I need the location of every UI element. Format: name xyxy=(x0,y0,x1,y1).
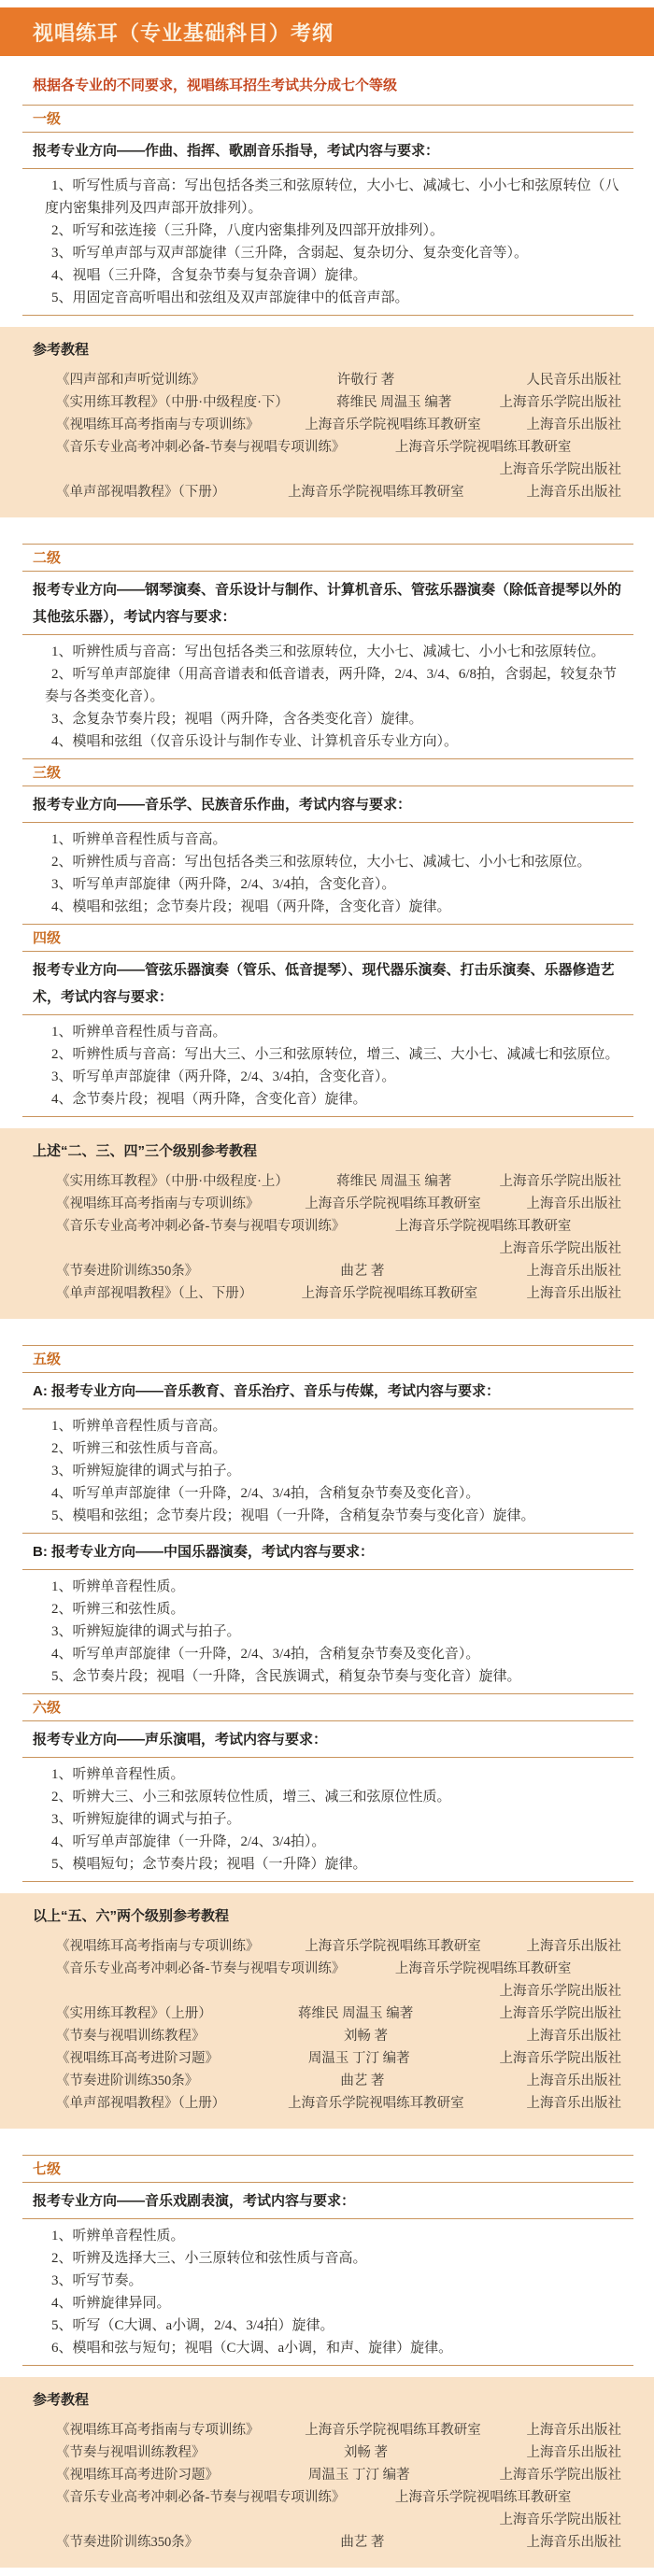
level-heading: 五级 xyxy=(0,1346,654,1372)
book-title: 《视唱练耳高考指南与专项训练》 xyxy=(56,414,260,436)
exam-item: 3、听辨短旋律的调式与拍子。 xyxy=(33,1808,621,1831)
section-divider xyxy=(22,1116,633,1117)
document-body: 根据各专业的不同要求，视唱练耳招生考试共分成七个等级一级报考专业方向——作曲、指… xyxy=(0,56,654,2568)
book-publisher: 上海音乐出版社 xyxy=(527,1193,622,1215)
exam-item: 2、听辨及选择大三、小三原转位和弦性质与音高。 xyxy=(33,2247,621,2270)
direction-heading: 报考专业方向——作曲、指挥、歌剧音乐指导，考试内容与要求： xyxy=(0,133,654,168)
book-publisher: 上海音乐出版社 xyxy=(527,2025,622,2047)
book-publisher: 上海音乐出版社 xyxy=(527,481,622,503)
book-row: 《视唱练耳高考进阶习题》周温玉 丁汀 编著上海音乐学院出版社 xyxy=(33,2047,621,2070)
book-publisher: 上海音乐出版社 xyxy=(527,2070,622,2092)
exam-item: 5、念节奏片段；视唱（一升降，含民族调式，稍复杂节奏与变化音）旋律。 xyxy=(33,1665,621,1688)
book-row: 《节奏与视唱训练教程》刘畅 著上海音乐出版社 xyxy=(33,2442,621,2464)
exam-item: 2、听辨三和弦性质。 xyxy=(33,1598,621,1621)
exam-item: 3、念复杂节奏片段；视唱（两升降，含各类变化音）旋律。 xyxy=(33,708,621,730)
exam-item: 5、用固定音高听唱出和弦组及双声部旋律中的低音声部。 xyxy=(33,287,621,309)
book-row: 《单声部视唱教程》（上册）上海音乐学院视唱练耳教研室上海音乐出版社 xyxy=(33,2092,621,2115)
book-title: 《实用练耳教程》（中册·中级程度·下） xyxy=(56,391,289,414)
book-title: 《实用练耳教程》（上册） xyxy=(56,2003,212,2025)
exam-items: 1、听辨单音程性质与音高。2、听辨三和弦性质与音高。3、听辨短旋律的调式与拍子。… xyxy=(0,1409,654,1533)
title-bar: 视唱练耳（专业基础科目）考纲 xyxy=(0,7,654,56)
exam-item: 2、听辨三和弦性质与音高。 xyxy=(33,1437,621,1460)
book-publisher: 上海音乐出版社 xyxy=(527,414,622,436)
book-title: 《视唱练耳高考进阶习题》 xyxy=(56,2464,219,2486)
exam-item: 4、听写单声部旋律（一升降，2/4、3/4拍）。 xyxy=(33,1831,621,1853)
book-title: 《节奏进阶训练350条》 xyxy=(56,2531,198,2554)
book-row: 《单声部视唱教程》（上、下册）上海音乐学院视唱练耳教研室上海音乐出版社 xyxy=(33,1282,621,1305)
book-title: 《单声部视唱教程》（上、下册） xyxy=(56,1282,252,1305)
book-publisher: 上海音乐出版社 xyxy=(527,2442,622,2464)
book-row: 《音乐专业高考冲刺必备-节奏与视唱专项训练》上海音乐学院视唱练耳教研室 xyxy=(33,2486,621,2509)
book-publisher: 上海音乐出版社 xyxy=(527,2092,622,2115)
book-author: 上海音乐学院视唱练耳教研室 xyxy=(260,2419,527,2442)
exam-item: 5、听写（C大调、a小调，2/4、3/4拍）旋律。 xyxy=(33,2314,621,2337)
level-heading: 二级 xyxy=(0,545,654,571)
book-author: 上海音乐学院视唱练耳教研室 xyxy=(345,1215,621,1238)
book-row: 《节奏进阶训练350条》曲艺 著上海音乐出版社 xyxy=(33,2070,621,2092)
exam-item: 4、模唱和弦组（仅音乐设计与制作专业、计算机音乐专业方向）。 xyxy=(33,730,621,753)
book-publisher: 上海音乐出版社 xyxy=(527,2531,622,2554)
exam-item: 1、听辨单音程性质与音高。 xyxy=(33,1415,621,1437)
book-author: 周温玉 丁汀 编著 xyxy=(219,2047,500,2070)
book-row: 《节奏与视唱训练教程》刘畅 著上海音乐出版社 xyxy=(33,2025,621,2047)
direction-heading: 报考专业方向——声乐演唱，考试内容与要求： xyxy=(0,1721,654,1757)
book-author: 上海音乐学院视唱练耳教研室 xyxy=(260,414,527,436)
book-author: 上海音乐学院视唱练耳教研室 xyxy=(225,2092,526,2115)
section-divider xyxy=(22,2365,633,2366)
exam-item: 1、听辨单音程性质。 xyxy=(33,2225,621,2247)
book-author: 刘畅 著 xyxy=(206,2442,527,2464)
reference-heading: 上述“二、三、四”三个级别参考教程 xyxy=(33,1142,621,1161)
book-title: 《实用练耳教程》（中册·中级程度·上） xyxy=(56,1170,289,1193)
book-publisher-line: 上海音乐学院出版社 xyxy=(33,2509,621,2531)
book-row: 《视唱练耳高考指南与专项训练》上海音乐学院视唱练耳教研室上海音乐出版社 xyxy=(33,414,621,436)
reference-heading: 以上“五、六”两个级别参考教程 xyxy=(33,1907,621,1926)
level-heading: 三级 xyxy=(0,759,654,786)
exam-item: 4、念节奏片段；视唱（两升降，含变化音）旋律。 xyxy=(33,1088,621,1111)
book-title: 《音乐专业高考冲刺必备-节奏与视唱专项训练》 xyxy=(56,436,345,459)
book-author: 上海音乐学院视唱练耳教研室 xyxy=(345,1958,621,1980)
direction-heading: 报考专业方向——音乐学、民族音乐作曲，考试内容与要求： xyxy=(0,786,654,822)
exam-item: 3、听辨短旋律的调式与拍子。 xyxy=(33,1621,621,1643)
exam-items: 1、听辨单音程性质。2、听辨及选择大三、小三原转位和弦性质与音高。3、听写节奏。… xyxy=(0,2219,654,2365)
book-publisher: 上海音乐学院出版社 xyxy=(500,2047,622,2070)
exam-item: 5、模唱和弦组；念节奏片段；视唱（一升降，含稍复杂节奏与变化音）旋律。 xyxy=(33,1505,621,1527)
book-publisher-line: 上海音乐学院出版社 xyxy=(33,459,621,481)
intro-note: 根据各专业的不同要求，视唱练耳招生考试共分成七个等级 xyxy=(0,56,654,105)
book-row: 《视唱练耳高考指南与专项训练》上海音乐学院视唱练耳教研室上海音乐出版社 xyxy=(33,2419,621,2442)
book-author: 上海音乐学院视唱练耳教研室 xyxy=(345,2486,621,2509)
direction-heading: 报考专业方向——钢琴演奏、音乐设计与制作、计算机音乐、管弦乐器演奏（除低音提琴以… xyxy=(0,572,654,634)
book-row: 《实用练耳教程》（上册）蒋维民 周温玉 编著上海音乐学院出版社 xyxy=(33,2003,621,2025)
book-row: 《视唱练耳高考指南与专项训练》上海音乐学院视唱练耳教研室上海音乐出版社 xyxy=(33,1193,621,1215)
direction-heading: B: 报考专业方向——中国乐器演奏，考试内容与要求： xyxy=(0,1534,654,1569)
exam-items: 1、听辨单音程性质。2、听辨三和弦性质。3、听辨短旋律的调式与拍子。4、听写单声… xyxy=(0,1570,654,1693)
book-author: 上海音乐学院视唱练耳教研室 xyxy=(260,1193,527,1215)
book-author: 蒋维民 周温玉 编著 xyxy=(289,1170,500,1193)
exam-item: 2、听辨性质与音高：写出大三、小三和弦原转位，增三、减三、大小七、减减七和弦原位… xyxy=(33,1043,621,1066)
book-publisher: 上海音乐出版社 xyxy=(527,1260,622,1282)
exam-item: 4、听写单声部旋律（一升降，2/4、3/4拍，含稍复杂节奏及变化音）。 xyxy=(33,1482,621,1505)
book-row: 《实用练耳教程》（中册·中级程度·下）蒋维民 周温玉 编著上海音乐学院出版社 xyxy=(33,391,621,414)
book-row: 《实用练耳教程》（中册·中级程度·上）蒋维民 周温玉 编著上海音乐学院出版社 xyxy=(33,1170,621,1193)
book-publisher: 人民音乐出版社 xyxy=(527,369,622,391)
book-title: 《节奏与视唱训练教程》 xyxy=(56,2025,206,2047)
book-title: 《单声部视唱教程》（上册） xyxy=(56,2092,225,2115)
exam-item: 1、听辨单音程性质与音高。 xyxy=(33,1021,621,1043)
book-row: 《视唱练耳高考进阶习题》周温玉 丁汀 编著上海音乐学院出版社 xyxy=(33,2464,621,2486)
exam-item: 1、听辨单音程性质。 xyxy=(33,1763,621,1786)
reference-block: 以上“五、六”两个级别参考教程《视唱练耳高考指南与专项训练》上海音乐学院视唱练耳… xyxy=(0,1893,654,2129)
direction-heading: 报考专业方向——管弦乐器演奏（管乐、低音提琴）、现代器乐演奏、打击乐演奏、乐器修… xyxy=(0,952,654,1014)
exam-item: 4、听辨旋律异同。 xyxy=(33,2292,621,2314)
book-publisher: 上海音乐学院出版社 xyxy=(500,1170,622,1193)
exam-item: 4、听写单声部旋律（一升降，2/4、3/4拍，含稍复杂节奏及变化音）。 xyxy=(33,1643,621,1665)
book-title: 《视唱练耳高考进阶习题》 xyxy=(56,2047,219,2070)
book-publisher: 上海音乐出版社 xyxy=(527,2419,622,2442)
exam-item: 3、听写单声部旋律（两升降，2/4、3/4拍，含变化音）。 xyxy=(33,1066,621,1088)
book-publisher: 上海音乐学院出版社 xyxy=(500,2464,622,2486)
book-author: 曲艺 著 xyxy=(198,2531,526,2554)
exam-item: 2、听辨大三、小三和弦原转位性质，增三、减三和弦原位性质。 xyxy=(33,1786,621,1808)
book-author: 周温玉 丁汀 编著 xyxy=(219,2464,500,2486)
direction-heading: A: 报考专业方向——音乐教育、音乐治疗、音乐与传媒，考试内容与要求： xyxy=(0,1373,654,1408)
reference-block: 上述“二、三、四”三个级别参考教程《实用练耳教程》（中册·中级程度·上）蒋维民 … xyxy=(0,1128,654,1319)
book-author: 许敬行 著 xyxy=(206,369,527,391)
exam-items: 1、听辨单音程性质与音高。2、听辨性质与音高：写出大三、小三和弦原转位，增三、减… xyxy=(0,1015,654,1116)
exam-item: 3、听辨短旋律的调式与拍子。 xyxy=(33,1460,621,1482)
book-title: 《音乐专业高考冲刺必备-节奏与视唱专项训练》 xyxy=(56,1215,345,1238)
level-heading: 四级 xyxy=(0,925,654,951)
exam-items: 1、听写性质与音高：写出包括各类三和弦原转位，大小七、减减七、小小七和弦原转位（… xyxy=(0,169,654,315)
section-divider xyxy=(22,315,633,316)
book-row: 《四声部和声听觉训练》许敬行 著人民音乐出版社 xyxy=(33,369,621,391)
book-author: 上海音乐学院视唱练耳教研室 xyxy=(260,1935,527,1958)
exam-item: 2、听写和弦连接（三升降，八度内密集排列及四部开放排列）。 xyxy=(33,219,621,242)
book-row: 《音乐专业高考冲刺必备-节奏与视唱专项训练》上海音乐学院视唱练耳教研室 xyxy=(33,436,621,459)
book-publisher-line: 上海音乐学院出版社 xyxy=(33,1238,621,1260)
exam-item: 3、听写节奏。 xyxy=(33,2270,621,2292)
book-title: 《视唱练耳高考指南与专项训练》 xyxy=(56,2419,260,2442)
book-publisher: 上海音乐学院出版社 xyxy=(500,391,622,414)
book-title: 《节奏与视唱训练教程》 xyxy=(56,2442,206,2464)
book-title: 《音乐专业高考冲刺必备-节奏与视唱专项训练》 xyxy=(56,2486,345,2509)
book-author: 上海音乐学院视唱练耳教研室 xyxy=(225,481,526,503)
book-author: 蒋维民 周温玉 编著 xyxy=(212,2003,500,2025)
section-divider xyxy=(22,1881,633,1882)
exam-items: 1、听辨单音程性质。2、听辨大三、小三和弦原转位性质，增三、减三和弦原位性质。3… xyxy=(0,1758,654,1881)
exam-item: 2、听辨性质与音高：写出包括各类三和弦原转位，大小七、减减七、小小七和弦原位。 xyxy=(33,851,621,873)
book-publisher: 上海音乐学院出版社 xyxy=(500,2003,622,2025)
book-title: 《音乐专业高考冲刺必备-节奏与视唱专项训练》 xyxy=(56,1958,345,1980)
book-title: 《视唱练耳高考指南与专项训练》 xyxy=(56,1935,260,1958)
direction-heading: 报考专业方向——音乐戏剧表演，考试内容与要求： xyxy=(0,2183,654,2218)
book-row: 《音乐专业高考冲刺必备-节奏与视唱专项训练》上海音乐学院视唱练耳教研室 xyxy=(33,1958,621,1980)
level-heading: 六级 xyxy=(0,1694,654,1720)
book-title: 《节奏进阶训练350条》 xyxy=(56,1260,198,1282)
book-title: 《视唱练耳高考指南与专项训练》 xyxy=(56,1193,260,1215)
book-publisher: 上海音乐出版社 xyxy=(527,1282,622,1305)
book-row: 《节奏进阶训练350条》曲艺 著上海音乐出版社 xyxy=(33,1260,621,1282)
book-author: 刘畅 著 xyxy=(206,2025,527,2047)
reference-heading: 参考教程 xyxy=(33,2391,621,2410)
book-author: 上海音乐学院视唱练耳教研室 xyxy=(252,1282,526,1305)
book-publisher: 上海音乐出版社 xyxy=(527,1935,622,1958)
book-row: 《音乐专业高考冲刺必备-节奏与视唱专项训练》上海音乐学院视唱练耳教研室 xyxy=(33,1215,621,1238)
exam-item: 3、听写单声部与双声部旋律（三升降，含弱起、复杂切分、复杂变化音等）。 xyxy=(33,242,621,264)
exam-items: 1、听辨性质与音高：写出包括各类三和弦原转位，大小七、减减七、小小七和弦原转位。… xyxy=(0,635,654,758)
exam-item: 4、视唱（三升降，含复杂节奏与复杂音调）旋律。 xyxy=(33,264,621,287)
exam-item: 1、听辨单音程性质。 xyxy=(33,1576,621,1598)
book-author: 蒋维民 周温玉 编著 xyxy=(289,391,500,414)
book-publisher-line: 上海音乐学院出版社 xyxy=(33,1980,621,2003)
book-title: 《节奏进阶训练350条》 xyxy=(56,2070,198,2092)
book-row: 《单声部视唱教程》（下册）上海音乐学院视唱练耳教研室上海音乐出版社 xyxy=(33,481,621,503)
exam-item: 6、模唱和弦与短句；视唱（C大调、a小调，和声、旋律）旋律。 xyxy=(33,2337,621,2359)
level-heading: 一级 xyxy=(0,106,654,132)
exam-item: 1、听写性质与音高：写出包括各类三和弦原转位，大小七、减减七、小小七和弦原转位（… xyxy=(33,175,621,219)
exam-item: 1、听辨单音程性质与音高。 xyxy=(33,828,621,851)
exam-items: 1、听辨单音程性质与音高。2、听辨性质与音高：写出包括各类三和弦原转位，大小七、… xyxy=(0,823,654,924)
reference-heading: 参考教程 xyxy=(33,341,621,360)
exam-item: 5、模唱短句；念节奏片段；视唱（一升降）旋律。 xyxy=(33,1853,621,1875)
book-author: 曲艺 著 xyxy=(198,1260,526,1282)
page-title: 视唱练耳（专业基础科目）考纲 xyxy=(33,18,334,47)
exam-item: 4、模唱和弦组；念节奏片段；视唱（两升降，含变化音）旋律。 xyxy=(33,896,621,918)
book-title: 《单声部视唱教程》（下册） xyxy=(56,481,225,503)
book-title: 《四声部和声听觉训练》 xyxy=(56,369,206,391)
exam-item: 3、听写单声部旋律（两升降，2/4、3/4拍，含变化音）。 xyxy=(33,873,621,896)
book-row: 《视唱练耳高考指南与专项训练》上海音乐学院视唱练耳教研室上海音乐出版社 xyxy=(33,1935,621,1958)
reference-block: 参考教程《四声部和声听觉训练》许敬行 著人民音乐出版社《实用练耳教程》（中册·中… xyxy=(0,327,654,517)
exam-item: 2、听写单声部旋律（用高音谱表和低音谱表，两升降，2/4、3/4、6/8拍，含弱… xyxy=(33,663,621,708)
level-heading: 七级 xyxy=(0,2156,654,2182)
book-author: 上海音乐学院视唱练耳教研室 xyxy=(345,436,621,459)
book-row: 《节奏进阶训练350条》曲艺 著上海音乐出版社 xyxy=(33,2531,621,2554)
exam-item: 1、听辨性质与音高：写出包括各类三和弦原转位，大小七、减减七、小小七和弦原转位。 xyxy=(33,641,621,663)
book-author: 曲艺 著 xyxy=(198,2070,526,2092)
reference-block: 参考教程《视唱练耳高考指南与专项训练》上海音乐学院视唱练耳教研室上海音乐出版社《… xyxy=(0,2377,654,2568)
